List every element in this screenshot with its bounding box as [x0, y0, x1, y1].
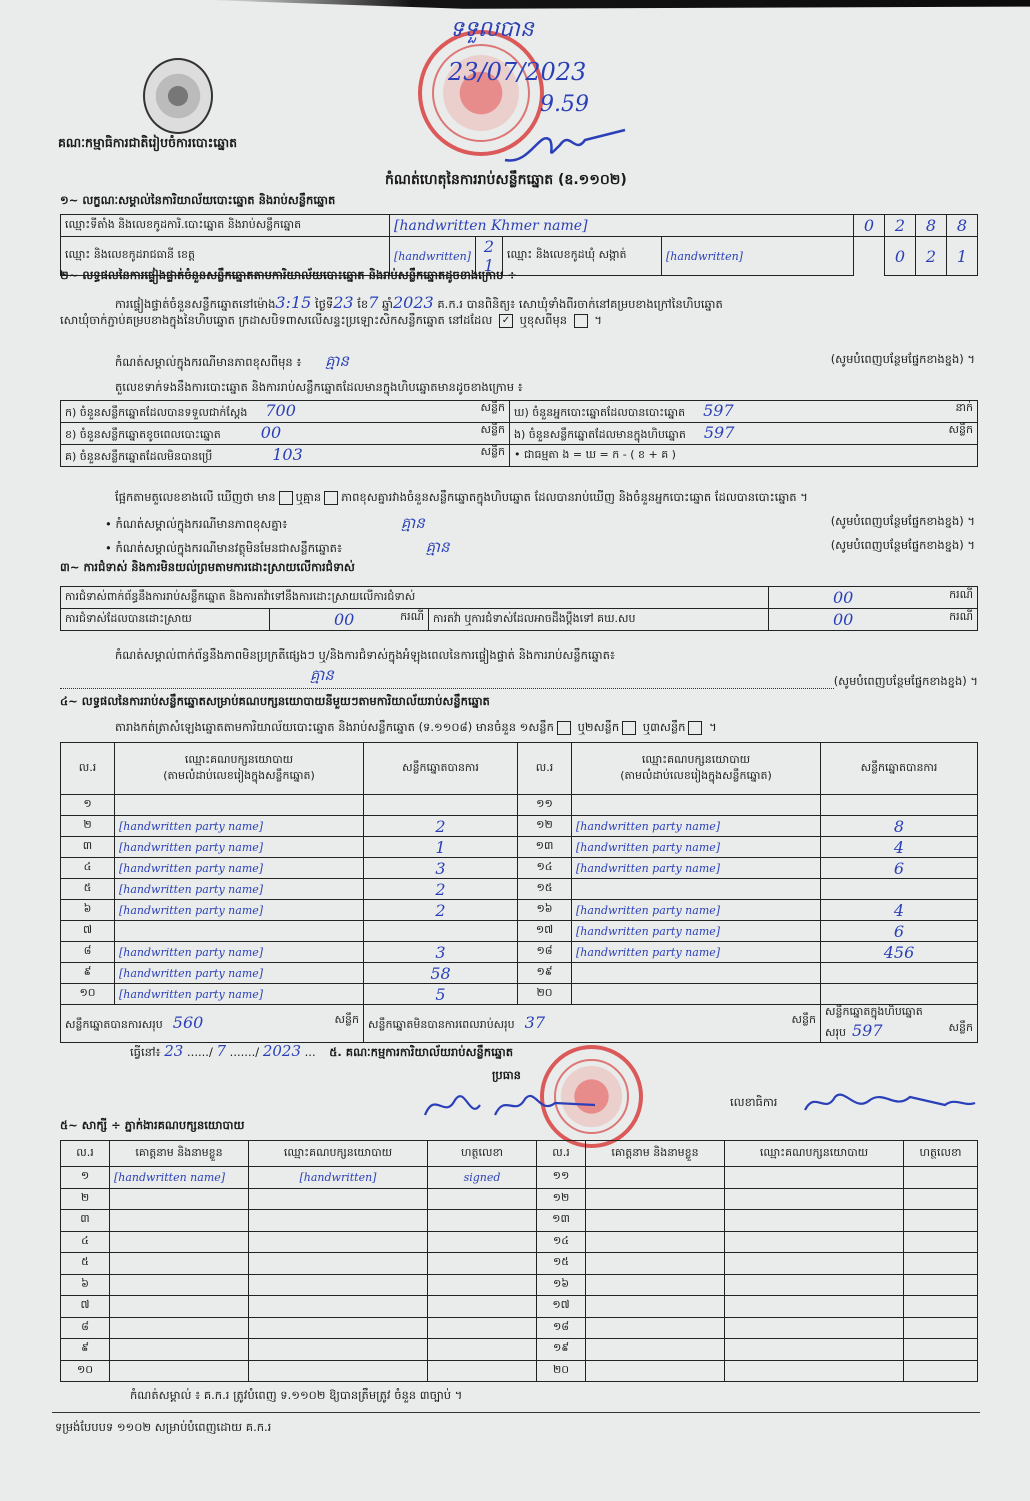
- row-number: ១៧: [537, 1296, 586, 1318]
- polling-code-digit: 2: [885, 215, 916, 237]
- party-votes: [821, 984, 978, 1005]
- note-different-value: គ្មាន: [325, 352, 349, 370]
- footnote: កំណត់សម្គាល់ ៖ គ.ក.រ ត្រូវបំពេញ ទ.១១០២ ឱ…: [130, 1388, 462, 1405]
- polling-station-name: [handwritten Khmer name]: [390, 215, 854, 237]
- col-party: ឈ្មោះគណបក្សនយោបាយ(តាមលំដាប់លេខរៀងក្នុងសន…: [572, 743, 821, 795]
- table-row: ៩[handwritten party name]58១៩: [61, 963, 978, 984]
- row-number: ១២: [518, 816, 572, 837]
- different-checkbox[interactable]: [574, 314, 588, 328]
- row-number: ៦: [61, 900, 115, 921]
- row-number: ២: [61, 1188, 110, 1210]
- section4-title: ៤~ លទ្ធផលនៃការរាប់សន្លឹកឆ្នោតសម្រាប់គណបក…: [60, 694, 490, 711]
- witness-signature: [428, 1231, 537, 1253]
- col-sign: ហត្ថលេខា: [904, 1141, 978, 1167]
- appeal-cell: 00ករណី: [769, 609, 978, 631]
- witness-signature: [904, 1296, 978, 1318]
- count-received: ក) ចំនួនសន្លឹកឆ្នោតដែលបានទទួលជាក់ស្តែង70…: [61, 401, 510, 423]
- row-number: ១១: [537, 1167, 586, 1189]
- witness-party: [249, 1296, 428, 1318]
- verification-year: 2023: [393, 293, 434, 312]
- party-name: [handwritten party name]: [115, 837, 364, 858]
- row-number: ៧: [61, 921, 115, 942]
- tally-3-checkbox[interactable]: [688, 721, 702, 735]
- col-party: ឈ្មោះគណបក្សនយោបាយ: [249, 1141, 428, 1167]
- closing-year: 2023: [263, 1042, 301, 1060]
- party-name: [handwritten party name]: [115, 879, 364, 900]
- table-row: ២១២: [61, 1188, 978, 1210]
- receipt-time: 9.59: [540, 92, 589, 117]
- intact-checkbox[interactable]: ✓: [499, 314, 513, 328]
- closing-month: 7: [216, 1042, 226, 1060]
- row-number: ១៦: [537, 1274, 586, 1296]
- table-row: ៦១៦: [61, 1274, 978, 1296]
- section1-title: ១~ លក្ខណៈសម្គាល់នៃការិយាល័យបោះឆ្នោត និងរ…: [60, 193, 335, 210]
- party-votes: 3: [364, 942, 518, 963]
- witness-signature: [428, 1360, 537, 1382]
- witness-party: [725, 1210, 904, 1232]
- row-number: ១៤: [537, 1231, 586, 1253]
- witness-signature: [428, 1339, 537, 1361]
- witness-signature: [904, 1188, 978, 1210]
- receipt-note-label: ទទួលបាន: [450, 15, 534, 47]
- row-number: ២០: [537, 1360, 586, 1382]
- polling-code-digit: 8: [947, 215, 978, 237]
- witness-signature: [428, 1274, 537, 1296]
- party-votes: [821, 795, 978, 816]
- row-number: ១៥: [537, 1253, 586, 1275]
- president-label: ប្រធាន: [492, 1068, 521, 1085]
- witness-signature: [904, 1210, 978, 1232]
- party-votes: 58: [364, 963, 518, 984]
- table-row: ៤១៤: [61, 1231, 978, 1253]
- col-votes: សន្លឹកឆ្នោតបានការ: [821, 743, 978, 795]
- party-name: [handwritten party name]: [115, 858, 364, 879]
- section2-title: ២~ លទ្ធផលនៃការផ្ទៀងផ្ទាត់ចំនួនសន្លឹកឆ្នោ…: [60, 268, 517, 285]
- appeal-label: ការតវ៉ា ឬការជំទាស់ដែលអាចដឹងប្តឹងទៅ គឃ.សប: [429, 609, 769, 631]
- irregularity-note-label: កំណត់សម្គាល់ពាក់ព័ន្ធនឹងភាពមិនប្រក្រតីផ្…: [115, 648, 615, 665]
- witness-party: [725, 1274, 904, 1296]
- count-formula: • ជាធម្មតា ង = ឃ = ក - ( ខ + គ ): [510, 445, 978, 467]
- tally-1-checkbox[interactable]: [557, 721, 571, 735]
- commission-name: គណៈកម្មាធិការជាតិរៀបចំការបោះឆ្នោត: [58, 135, 237, 154]
- total-box-value: 597: [852, 1021, 883, 1040]
- party-votes: [364, 921, 518, 942]
- polling-code-digit: 0: [854, 215, 885, 237]
- party-name: [handwritten party name]: [572, 942, 821, 963]
- table-row: ១១១: [61, 795, 978, 816]
- col-party: ឈ្មោះគណបក្សនយោបាយ(តាមលំដាប់លេខរៀងក្នុងសន…: [115, 743, 364, 795]
- party-name: [handwritten party name]: [572, 921, 821, 942]
- commune-code-digit: 2: [916, 237, 947, 276]
- row-number: ៣: [61, 837, 115, 858]
- witness-name: [110, 1360, 249, 1382]
- table-row: ៧១៧[handwritten party name]6: [61, 921, 978, 942]
- witness-signature: [428, 1296, 537, 1318]
- col-name: គោត្តនាម និងនាមខ្លួន: [110, 1141, 249, 1167]
- row-number: ៥: [61, 1253, 110, 1275]
- document-page: គណៈកម្មាធិការជាតិរៀបចំការបោះឆ្នោត ទទួលបា…: [0, 0, 1030, 1501]
- row-number: ១៤: [518, 858, 572, 879]
- discrepancy-no-checkbox[interactable]: [324, 491, 338, 505]
- witness-signature: [904, 1339, 978, 1361]
- party-name: [572, 963, 821, 984]
- irregularity-note-value: គ្មាន: [310, 666, 334, 688]
- row-number: ១៣: [518, 837, 572, 858]
- row-number: ១៥: [518, 879, 572, 900]
- witness-name: [586, 1274, 725, 1296]
- party-votes: 4: [821, 900, 978, 921]
- witness-party: [249, 1253, 428, 1275]
- witness-name: [110, 1339, 249, 1361]
- col-no: ល.រ: [537, 1141, 586, 1167]
- commune-label: ឈ្មោះ និងលេខកូដឃុំ សង្កាត់: [502, 237, 661, 276]
- receipt-date: 23/07/2023: [448, 58, 586, 86]
- party-name: [572, 795, 821, 816]
- row-number: ២: [61, 816, 115, 837]
- party-votes: 2: [364, 900, 518, 921]
- row-number: ១៩: [518, 963, 572, 984]
- row-number: ៨: [61, 1317, 110, 1339]
- row-number: ១៩: [537, 1339, 586, 1361]
- col-sign: ហត្ថលេខា: [428, 1141, 537, 1167]
- commune-name: [handwritten]: [661, 237, 853, 276]
- footer-divider: [52, 1412, 980, 1413]
- party-name: [handwritten party name]: [115, 942, 364, 963]
- col-no: ល.រ: [61, 1141, 110, 1167]
- witness-name: [586, 1296, 725, 1318]
- closing-day: 23: [164, 1042, 183, 1060]
- table-row: ៨១៨: [61, 1317, 978, 1339]
- row-number: ៧: [61, 1296, 110, 1318]
- witness-signature: [904, 1274, 978, 1296]
- party-votes: 6: [821, 858, 978, 879]
- witness-name: [110, 1274, 249, 1296]
- witness-name: [110, 1188, 249, 1210]
- row-number: ៤: [61, 1231, 110, 1253]
- party-name: [572, 879, 821, 900]
- receipt-signature-icon: [500, 120, 630, 170]
- witness-party: [725, 1253, 904, 1275]
- counts-intro: តួលេខទាក់ទងនឹងការបោះឆ្នោត និងការរាប់សន្ល…: [115, 380, 523, 397]
- table-row: ៥[handwritten party name]2១៥: [61, 879, 978, 900]
- witness-table: ល.រ គោត្តនាម និងនាមខ្លួន ឈ្មោះគណបក្សនយោប…: [60, 1140, 978, 1382]
- witness-name: [586, 1210, 725, 1232]
- witness-party: [249, 1360, 428, 1382]
- row-number: ១៧: [518, 921, 572, 942]
- section5-title: ៥~ សាក្សី ÷ ភ្នាក់ងារគណបក្សនយោបាយ: [60, 1118, 244, 1135]
- section1-table: ឈ្មោះទីតាំង និងលេខកូដការិ.បោះឆ្នោត និងរា…: [60, 214, 978, 276]
- counts-table: ក) ចំនួនសន្លឹកឆ្នោតដែលបានទទួលជាក់ស្តែង70…: [60, 400, 978, 467]
- office-committee-label: ៥. គណៈកម្មការការិយាល័យរាប់សន្លឹកឆ្នោត: [329, 1045, 513, 1059]
- note-object-value: គ្មាន: [426, 538, 450, 556]
- commune-code-digit: 0: [885, 237, 916, 276]
- witness-party: [725, 1296, 904, 1318]
- objections-label: ការជំទាស់ពាក់ព័ន្ធនឹងការរាប់សន្លឹកឆ្នោត …: [61, 587, 769, 609]
- count-unused: គ) ចំនួនសន្លឹកឆ្នោតដែលមិនបានប្រើ103សន្លឹ…: [61, 445, 510, 467]
- row-number: ១៨: [518, 942, 572, 963]
- nec-emblem-icon: [143, 58, 213, 134]
- total-box-cell: សន្លឹកឆ្នោតក្នុងហិបឆ្នោតសរុប597សន្លឹក: [821, 1005, 978, 1043]
- total-valid-cell: សន្លឹកឆ្នោតបានការសរុប560សន្លឹក: [61, 1005, 364, 1043]
- verification-line1: ការផ្ទៀងផ្ទាត់ចំនួនសន្លឹកឆ្នោតនៅម៉ោង3:15…: [115, 293, 723, 314]
- witness-name: [110, 1231, 249, 1253]
- witness-signature: [428, 1317, 537, 1339]
- note-diff-row: • កំណត់សម្គាល់ក្នុងករណីមានភាពខុសគ្នា៖ គ្…: [105, 514, 975, 536]
- witness-party: [725, 1188, 904, 1210]
- witness-party: [handwritten]: [249, 1167, 428, 1189]
- witness-name: [586, 1231, 725, 1253]
- table-row: ២[handwritten party name]2១២[handwritten…: [61, 816, 978, 837]
- party-votes: [364, 795, 518, 816]
- witness-party: [725, 1167, 904, 1189]
- results-table: ល.រ ឈ្មោះគណបក្សនយោបាយ(តាមលំដាប់លេខរៀងក្ន…: [60, 742, 978, 1043]
- discrepancy-yes-checkbox[interactable]: [279, 491, 293, 505]
- verification-line2: សោឃុំចាក់ភ្ជាប់គម្របខាងក្នុងនៃហិបឆ្នោត ក…: [60, 313, 602, 330]
- party-votes: 6: [821, 921, 978, 942]
- witness-signature: signed: [428, 1167, 537, 1189]
- row-number: ១៦: [518, 900, 572, 921]
- section3-title: ៣~ ការជំទាស់ និងការមិនយល់ព្រមតាមការដោះស្…: [60, 560, 355, 577]
- row-number: ១០: [61, 1360, 110, 1382]
- party-votes: 3: [364, 858, 518, 879]
- witness-party: [725, 1339, 904, 1361]
- witness-name: [110, 1210, 249, 1232]
- polling-code-digit: 8: [916, 215, 947, 237]
- witness-name: [110, 1317, 249, 1339]
- party-votes: 8: [821, 816, 978, 837]
- witness-name: [586, 1167, 725, 1189]
- party-name: [115, 921, 364, 942]
- total-valid-value: 560: [173, 1013, 204, 1032]
- party-votes: 456: [821, 942, 978, 963]
- secretary-label: លេខាធិការ: [730, 1095, 777, 1112]
- witness-name: [586, 1360, 725, 1382]
- row-number: ១៨: [537, 1317, 586, 1339]
- resolved-cell: 00ករណី: [270, 609, 429, 631]
- witness-signature: [428, 1210, 537, 1232]
- table-row: ៤[handwritten party name]3១៤[handwritten…: [61, 858, 978, 879]
- table-row: ១[handwritten name][handwritten]signed១១: [61, 1167, 978, 1189]
- witness-party: [725, 1360, 904, 1382]
- count-in-box: ង) ចំនួនសន្លឹកឆ្នោតដែលមានក្នុងហិបឆ្នោត59…: [510, 423, 978, 445]
- witness-party: [249, 1317, 428, 1339]
- count-voters: ឃ) ចំនួនអ្នកបោះឆ្នោតដែលបានបោះឆ្នោត597នាក…: [510, 401, 978, 423]
- col-no: ល.រ: [518, 743, 572, 795]
- table-row: ៥១៥: [61, 1253, 978, 1275]
- witness-signature: [428, 1188, 537, 1210]
- witness-signature: [904, 1317, 978, 1339]
- resolved-label: ការជំទាស់ដែលបានដោះស្រាយ: [61, 609, 270, 631]
- party-name: [handwritten party name]: [572, 816, 821, 837]
- witness-party: [249, 1274, 428, 1296]
- witness-party: [249, 1210, 428, 1232]
- row-number: ១១: [518, 795, 572, 816]
- closing-date-line: ធ្វើនៅ៖ 23 ....../ 7 ......./ 2023 ... ៥…: [130, 1042, 513, 1062]
- witness-signature: [904, 1360, 978, 1382]
- witness-signature: [904, 1167, 978, 1189]
- witness-name: [586, 1339, 725, 1361]
- row-number: ៤: [61, 858, 115, 879]
- row-number: ៥: [61, 879, 115, 900]
- table-row: ៦[handwritten party name]2១៦[handwritten…: [61, 900, 978, 921]
- form-footer-note: ទម្រង់បែបបទ ១១០២ សម្រាប់បំពេញដោយ គ.ក.រ: [55, 1420, 271, 1437]
- party-name: [115, 795, 364, 816]
- party-votes: 5: [364, 984, 518, 1005]
- party-name: [handwritten party name]: [115, 984, 364, 1005]
- witness-party: [249, 1188, 428, 1210]
- table-row: ១០[handwritten party name]5២០: [61, 984, 978, 1005]
- party-votes: [821, 963, 978, 984]
- party-name: [handwritten party name]: [115, 816, 364, 837]
- discrepancy-line: ផ្អែកតាមតួលេខខាងលើ ឃើញថា មានឬគ្មានភាពខុស…: [115, 490, 808, 507]
- irregularity-note-line: គ្មាន (សូមបំពេញបន្ថែមផ្នែកខាងខ្នង) ។: [60, 672, 978, 689]
- party-votes: 1: [364, 837, 518, 858]
- row-number: ១២: [537, 1188, 586, 1210]
- party-name: [handwritten party name]: [572, 900, 821, 921]
- note-different-row: កំណត់សម្គាល់ក្នុងករណីមានភាពខុសពីមុន ៖ គ្…: [115, 352, 975, 374]
- witness-name: [586, 1317, 725, 1339]
- commune-code-digit: 1: [947, 237, 978, 276]
- table-row: ៧១៧: [61, 1296, 978, 1318]
- col-no: ល.រ: [61, 743, 115, 795]
- witness-signature: [904, 1231, 978, 1253]
- count-spoiled: ខ) ចំនួនសន្លឹកឆ្នោតខូចពេលបោះឆ្នោត00សន្លឹ…: [61, 423, 510, 445]
- row-number: ៩: [61, 1339, 110, 1361]
- tally-2-checkbox[interactable]: [622, 721, 636, 735]
- note-object-row: • កំណត់សម្គាល់ក្នុងករណីមានវត្ថុមិនមែនជាស…: [105, 538, 975, 560]
- witness-party: [725, 1231, 904, 1253]
- party-name: [handwritten party name]: [572, 837, 821, 858]
- objections-table: ការជំទាស់ពាក់ព័ន្ធនឹងការរាប់សន្លឹកឆ្នោត …: [60, 586, 978, 631]
- col-votes: សន្លឹកឆ្នោតបានការ: [364, 743, 518, 795]
- verification-time: 3:15: [275, 293, 311, 312]
- total-invalid-value: 37: [525, 1013, 545, 1032]
- party-votes: [821, 879, 978, 900]
- party-votes: 2: [364, 879, 518, 900]
- verification-day: 23: [333, 293, 353, 312]
- witness-party: [249, 1339, 428, 1361]
- province-label: ឈ្មោះ និងលេខកូដរាជធានី ខេត្ត: [65, 248, 195, 261]
- president-signature-icon: [420, 1085, 600, 1125]
- witness-name: [110, 1253, 249, 1275]
- secretary-signature-icon: [800, 1085, 980, 1120]
- witness-party: [725, 1317, 904, 1339]
- col-name: គោត្តនាម និងនាមខ្លួន: [586, 1141, 725, 1167]
- row-number: ១០: [61, 984, 115, 1005]
- polling-station-label: ឈ្មោះទីតាំង និងលេខកូដការិ.បោះឆ្នោត និងរា…: [61, 215, 390, 237]
- table-row: ៩១៩: [61, 1339, 978, 1361]
- party-votes: 4: [821, 837, 978, 858]
- row-number: ៦: [61, 1274, 110, 1296]
- row-number: ៣: [61, 1210, 110, 1232]
- party-name: [handwritten party name]: [115, 963, 364, 984]
- party-name: [handwritten party name]: [572, 858, 821, 879]
- note-diff-value: គ្មាន: [401, 514, 425, 532]
- witness-name: [110, 1296, 249, 1318]
- total-invalid-cell: សន្លឹកឆ្នោតមិនបានការពេលរាប់សរុប37សន្លឹក: [364, 1005, 821, 1043]
- party-name: [572, 984, 821, 1005]
- witness-name: [586, 1188, 725, 1210]
- table-row: ៣[handwritten party name]1១៣[handwritten…: [61, 837, 978, 858]
- col-party: ឈ្មោះគណបក្សនយោបាយ: [725, 1141, 904, 1167]
- witness-signature: [904, 1253, 978, 1275]
- row-number: ៨: [61, 942, 115, 963]
- row-number: ២០: [518, 984, 572, 1005]
- witness-name: [586, 1253, 725, 1275]
- table-row: ៨[handwritten party name]3១៨[handwritten…: [61, 942, 978, 963]
- tally-sheets-line: តារាងកត់ត្រាសំឡេងឆ្នោតតាមការិយាល័យបោះឆ្ន…: [115, 720, 717, 737]
- row-number: ១: [61, 1167, 110, 1189]
- row-number: ១: [61, 795, 115, 816]
- witness-signature: [428, 1253, 537, 1275]
- table-row: ១០២០: [61, 1360, 978, 1382]
- party-votes: 2: [364, 816, 518, 837]
- form-title: កំណត់ហេតុនៃការរាប់សន្លឹកឆ្នោត (ឧ.១១០២): [385, 170, 627, 191]
- objections-cell: 00ករណី: [769, 587, 978, 609]
- party-name: [handwritten party name]: [115, 900, 364, 921]
- witness-name: [handwritten name]: [110, 1167, 249, 1189]
- row-number: ៩: [61, 963, 115, 984]
- witness-party: [249, 1231, 428, 1253]
- table-row: ៣១៣: [61, 1210, 978, 1232]
- row-number: ១៣: [537, 1210, 586, 1232]
- verification-month: 7: [368, 293, 378, 312]
